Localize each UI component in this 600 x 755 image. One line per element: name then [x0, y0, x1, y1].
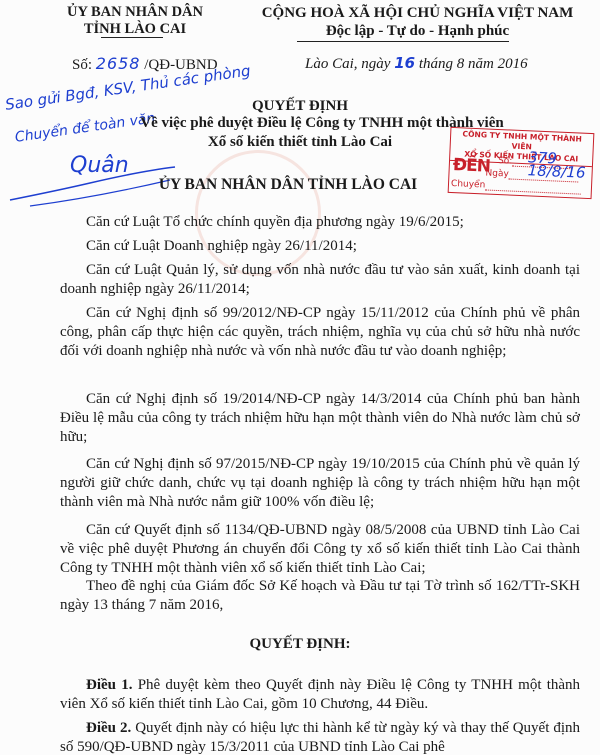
- stamp-ngay-label: Ngày: [485, 168, 509, 179]
- national-title: CỘNG HOÀ XÃ HỘI CHỦ NGHĨA VIỆT NAM: [245, 4, 590, 22]
- national-header: CỘNG HOÀ XÃ HỘI CHỦ NGHĨA VIỆT NAM Độc l…: [245, 4, 590, 40]
- article-1-label: Điều 1.: [86, 677, 132, 693]
- place-date-prefix: Lào Cai, ngày: [305, 56, 390, 72]
- issuer-underline: [101, 37, 163, 38]
- issuer-line-2: TỈNH LÀO CAI: [60, 21, 210, 38]
- preamble-item: Căn cứ Nghị định số 97/2015/NĐ-CP ngày 1…: [60, 455, 580, 512]
- issuer-line-1: ỦY BAN NHÂN DÂN: [60, 4, 210, 21]
- place-date-suffix: tháng 8 năm 2016: [419, 56, 528, 72]
- preamble-item: Căn cứ Luật Quản lý, sử dụng vốn nhà nướ…: [60, 261, 580, 299]
- article-1: Điều 1. Phê duyệt kèm theo Quyết định nà…: [60, 676, 580, 714]
- decision-heading: QUYẾT ĐỊNH:: [0, 636, 600, 653]
- received-stamp: CÔNG TY TNHH MỘT THÀNH VIÊN XỔ SỐ KIẾN T…: [448, 127, 595, 199]
- stamp-so-label: Số:: [498, 156, 513, 167]
- article-2: Điều 2. Quyết định này có hiệu lực thi h…: [60, 719, 580, 755]
- motto-underline: [297, 41, 509, 42]
- stamp-ngay-value: 18/8/16: [527, 161, 586, 182]
- document-number-handwritten: 2658: [96, 54, 141, 73]
- preamble-item: Căn cứ Luật Doanh nghiệp ngày 26/11/2014…: [60, 237, 580, 256]
- preamble-item: Theo đề nghị của Giám đốc Sở Kế hoạch và…: [60, 577, 580, 615]
- decision-title: QUYẾT ĐỊNH: [0, 98, 600, 115]
- document-number-prefix: Số:: [72, 57, 92, 73]
- stamp-chuyen-label: Chuyển: [451, 179, 486, 190]
- article-2-text: Quyết định này có hiệu lực thi hành kể t…: [60, 720, 580, 755]
- place-date: Lào Cai, ngày 16 tháng 8 năm 2016: [305, 54, 528, 73]
- preamble-item: Căn cứ Nghị định số 99/2012/NĐ-CP ngày 1…: [60, 304, 580, 361]
- article-2-label: Điều 2.: [86, 720, 131, 736]
- preamble-item: Căn cứ Quyết định số 1134/QĐ-UBND ngày 0…: [60, 521, 580, 578]
- preamble-item: Căn cứ Luật Tổ chức chính quyền địa phươ…: [60, 213, 580, 232]
- issuer-header: ỦY BAN NHÂN DÂN TỈNH LÀO CAI: [60, 4, 210, 38]
- preamble-item: Căn cứ Nghị định số 19/2014/NĐ-CP ngày 1…: [60, 390, 580, 447]
- national-motto: Độc lập - Tự do - Hạnh phúc: [245, 22, 590, 40]
- document-page: ỦY BAN NHÂN DÂN TỈNH LÀO CAI CỘNG HOÀ XÃ…: [0, 0, 600, 755]
- article-1-text: Phê duyệt kèm theo Quyết định này Điều l…: [60, 677, 580, 712]
- place-date-day-handwritten: 16: [394, 54, 415, 72]
